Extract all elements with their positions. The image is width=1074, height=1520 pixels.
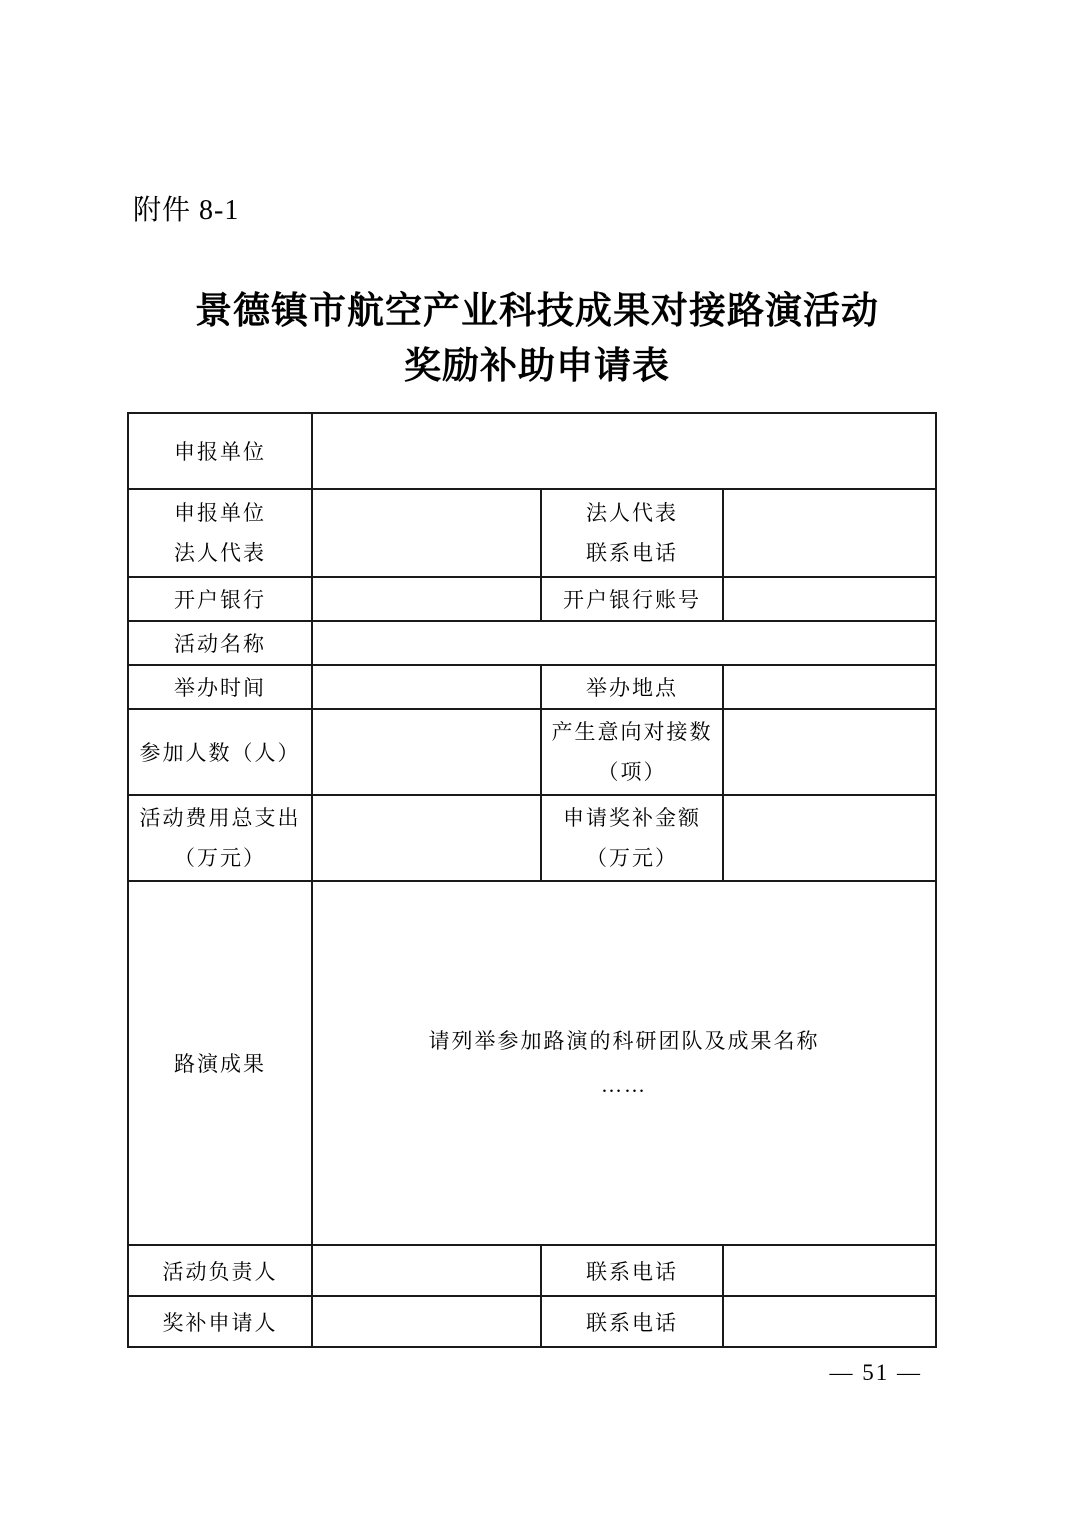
label-total-expense-line1: 活动费用总支出 [133,798,307,838]
attachment-label: 附件 8-1 [133,188,239,228]
input-cell-bank[interactable] [312,577,541,621]
input-cell-legal-rep-phone[interactable] [723,489,936,577]
input-cell-participants-count[interactable] [312,709,541,795]
input-cell-manager-phone[interactable] [723,1245,936,1296]
label-subsidy-amount-line2: （万元） [546,838,718,878]
row-roadshow-results: 路演成果 请列举参加路演的科研团队及成果名称 …… [128,881,936,1245]
roadshow-results-hint: 请列举参加路演的科研团队及成果名称 [317,1019,931,1063]
roadshow-results-ellipsis: …… [317,1063,931,1107]
label-legal-rep-phone-line1: 法人代表 [546,493,718,533]
label-subsidy-applicant: 奖补申请人 [128,1296,312,1347]
form-title-line1: 景德镇市航空产业科技成果对接路演活动 [0,284,1074,339]
label-subsidy-amount: 申请奖补金额 （万元） [541,795,723,881]
label-activity-time: 举办时间 [128,665,312,709]
input-cell-activity-location[interactable] [723,665,936,709]
input-cell-legal-representative[interactable] [312,489,541,577]
input-cell-roadshow-results[interactable]: 请列举参加路演的科研团队及成果名称 …… [312,881,936,1245]
label-subsidy-amount-line1: 申请奖补金额 [546,798,718,838]
input-cell-applicant-phone[interactable] [723,1296,936,1347]
label-legal-rep-phone: 法人代表 联系电话 [541,489,723,577]
row-activity-name: 活动名称 [128,621,936,665]
label-legal-representative-line1: 申报单位 [133,493,307,533]
row-subsidy-applicant: 奖补申请人 联系电话 [128,1296,936,1347]
page-number: — 51 — [830,1360,923,1386]
label-bank: 开户银行 [128,577,312,621]
label-manager-phone: 联系电话 [541,1245,723,1296]
input-cell-total-expense[interactable] [312,795,541,881]
row-bank: 开户银行 开户银行账号 [128,577,936,621]
row-applicant-unit: 申报单位 [128,413,936,489]
label-total-expense: 活动费用总支出 （万元） [128,795,312,881]
label-intent-docking-count-line1: 产生意向对接数 [546,712,718,752]
input-cell-activity-time[interactable] [312,665,541,709]
row-expense: 活动费用总支出 （万元） 申请奖补金额 （万元） [128,795,936,881]
row-participants: 参加人数（人） 产生意向对接数 （项） [128,709,936,795]
form-title: 景德镇市航空产业科技成果对接路演活动 奖励补助申请表 [0,284,1074,394]
document-page: 附件 8-1 景德镇市航空产业科技成果对接路演活动 奖励补助申请表 申报单位 申… [0,0,1074,1520]
label-activity-location: 举办地点 [541,665,723,709]
input-cell-activity-manager[interactable] [312,1245,541,1296]
label-applicant-unit: 申报单位 [128,413,312,489]
label-legal-representative-line2: 法人代表 [133,533,307,573]
label-total-expense-line2: （万元） [133,838,307,878]
row-activity-manager: 活动负责人 联系电话 [128,1245,936,1296]
label-legal-representative: 申报单位 法人代表 [128,489,312,577]
row-legal-representative: 申报单位 法人代表 法人代表 联系电话 [128,489,936,577]
form-title-line2: 奖励补助申请表 [0,339,1074,394]
label-bank-account: 开户银行账号 [541,577,723,621]
label-roadshow-results: 路演成果 [128,881,312,1245]
label-applicant-phone: 联系电话 [541,1296,723,1347]
label-intent-docking-count: 产生意向对接数 （项） [541,709,723,795]
input-cell-intent-docking-count[interactable] [723,709,936,795]
input-cell-activity-name[interactable] [312,621,936,665]
label-intent-docking-count-line2: （项） [546,752,718,792]
input-cell-bank-account[interactable] [723,577,936,621]
label-participants-count: 参加人数（人） [128,709,312,795]
row-activity-time: 举办时间 举办地点 [128,665,936,709]
label-activity-name: 活动名称 [128,621,312,665]
label-legal-rep-phone-line2: 联系电话 [546,533,718,573]
input-cell-subsidy-applicant[interactable] [312,1296,541,1347]
label-activity-manager: 活动负责人 [128,1245,312,1296]
input-cell-applicant-unit[interactable] [312,413,936,489]
input-cell-subsidy-amount[interactable] [723,795,936,881]
application-form-table: 申报单位 申报单位 法人代表 法人代表 联系电话 开户银行 开户银行账号 [127,412,937,1348]
